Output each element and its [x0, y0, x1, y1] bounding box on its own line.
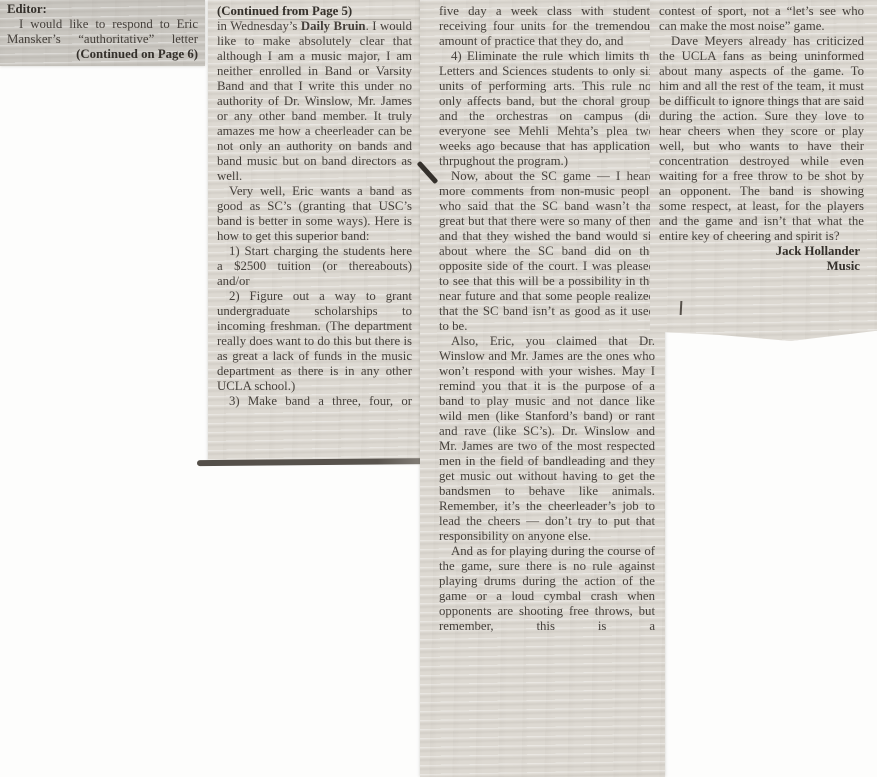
paragraph: in Wednesday’s Daily Bruin. I would like… [217, 19, 412, 184]
continued-on-note: (Continued on Page 6) [7, 47, 198, 62]
newspaper-clipping-scan: Editor: I would like to respond to Eric … [0, 0, 877, 777]
clipping-column-continued: (Continued from Page 5) in Wednesday’s D… [208, 0, 420, 463]
intro-text: I would like to respond to Eric Mansker’… [7, 17, 198, 47]
clipping-column-middle: five day a week class with students rece… [420, 0, 665, 777]
paragraph: Now, about the SC game — I heard more co… [439, 169, 655, 334]
paragraph: 4) Eliminate the rule which limits the L… [439, 49, 655, 169]
scan-shadow-edge [197, 458, 455, 466]
signature-title: Music [659, 259, 864, 274]
paragraph: Very well, Eric wants a band as good as … [217, 184, 412, 244]
clipping-editor-intro: Editor: I would like to respond to Eric … [0, 0, 205, 66]
paragraph: Dave Meyers already has criticized the U… [659, 34, 864, 244]
pen-tick-mark [680, 301, 683, 315]
paragraph: contest of sport, not a “let’s see who c… [659, 4, 864, 34]
paragraph: 3) Make band a three, four, or [217, 394, 412, 409]
pen-slash-mark [417, 161, 439, 184]
paragraph: 1) Start charging the students here a $2… [217, 244, 412, 289]
column-2-paragraphs: in Wednesday’s Daily Bruin. I would like… [217, 19, 412, 409]
paragraph: And as for playing during the course of … [439, 544, 655, 634]
editor-salutation: Editor: [7, 2, 198, 17]
column-4-paragraphs: contest of sport, not a “let’s see who c… [659, 4, 864, 244]
clipping-column-right: contest of sport, not a “let’s see who c… [650, 0, 877, 341]
signature-name: Jack Hollander [659, 244, 864, 259]
paragraph: 2) Figure out a way to grant undergradua… [217, 289, 412, 394]
paragraph: Also, Eric, you claimed that Dr. Winslow… [439, 334, 655, 544]
paragraph: five day a week class with students rece… [439, 4, 655, 49]
continued-from-note: (Continued from Page 5) [217, 4, 412, 19]
column-3-paragraphs: five day a week class with students rece… [439, 4, 655, 634]
